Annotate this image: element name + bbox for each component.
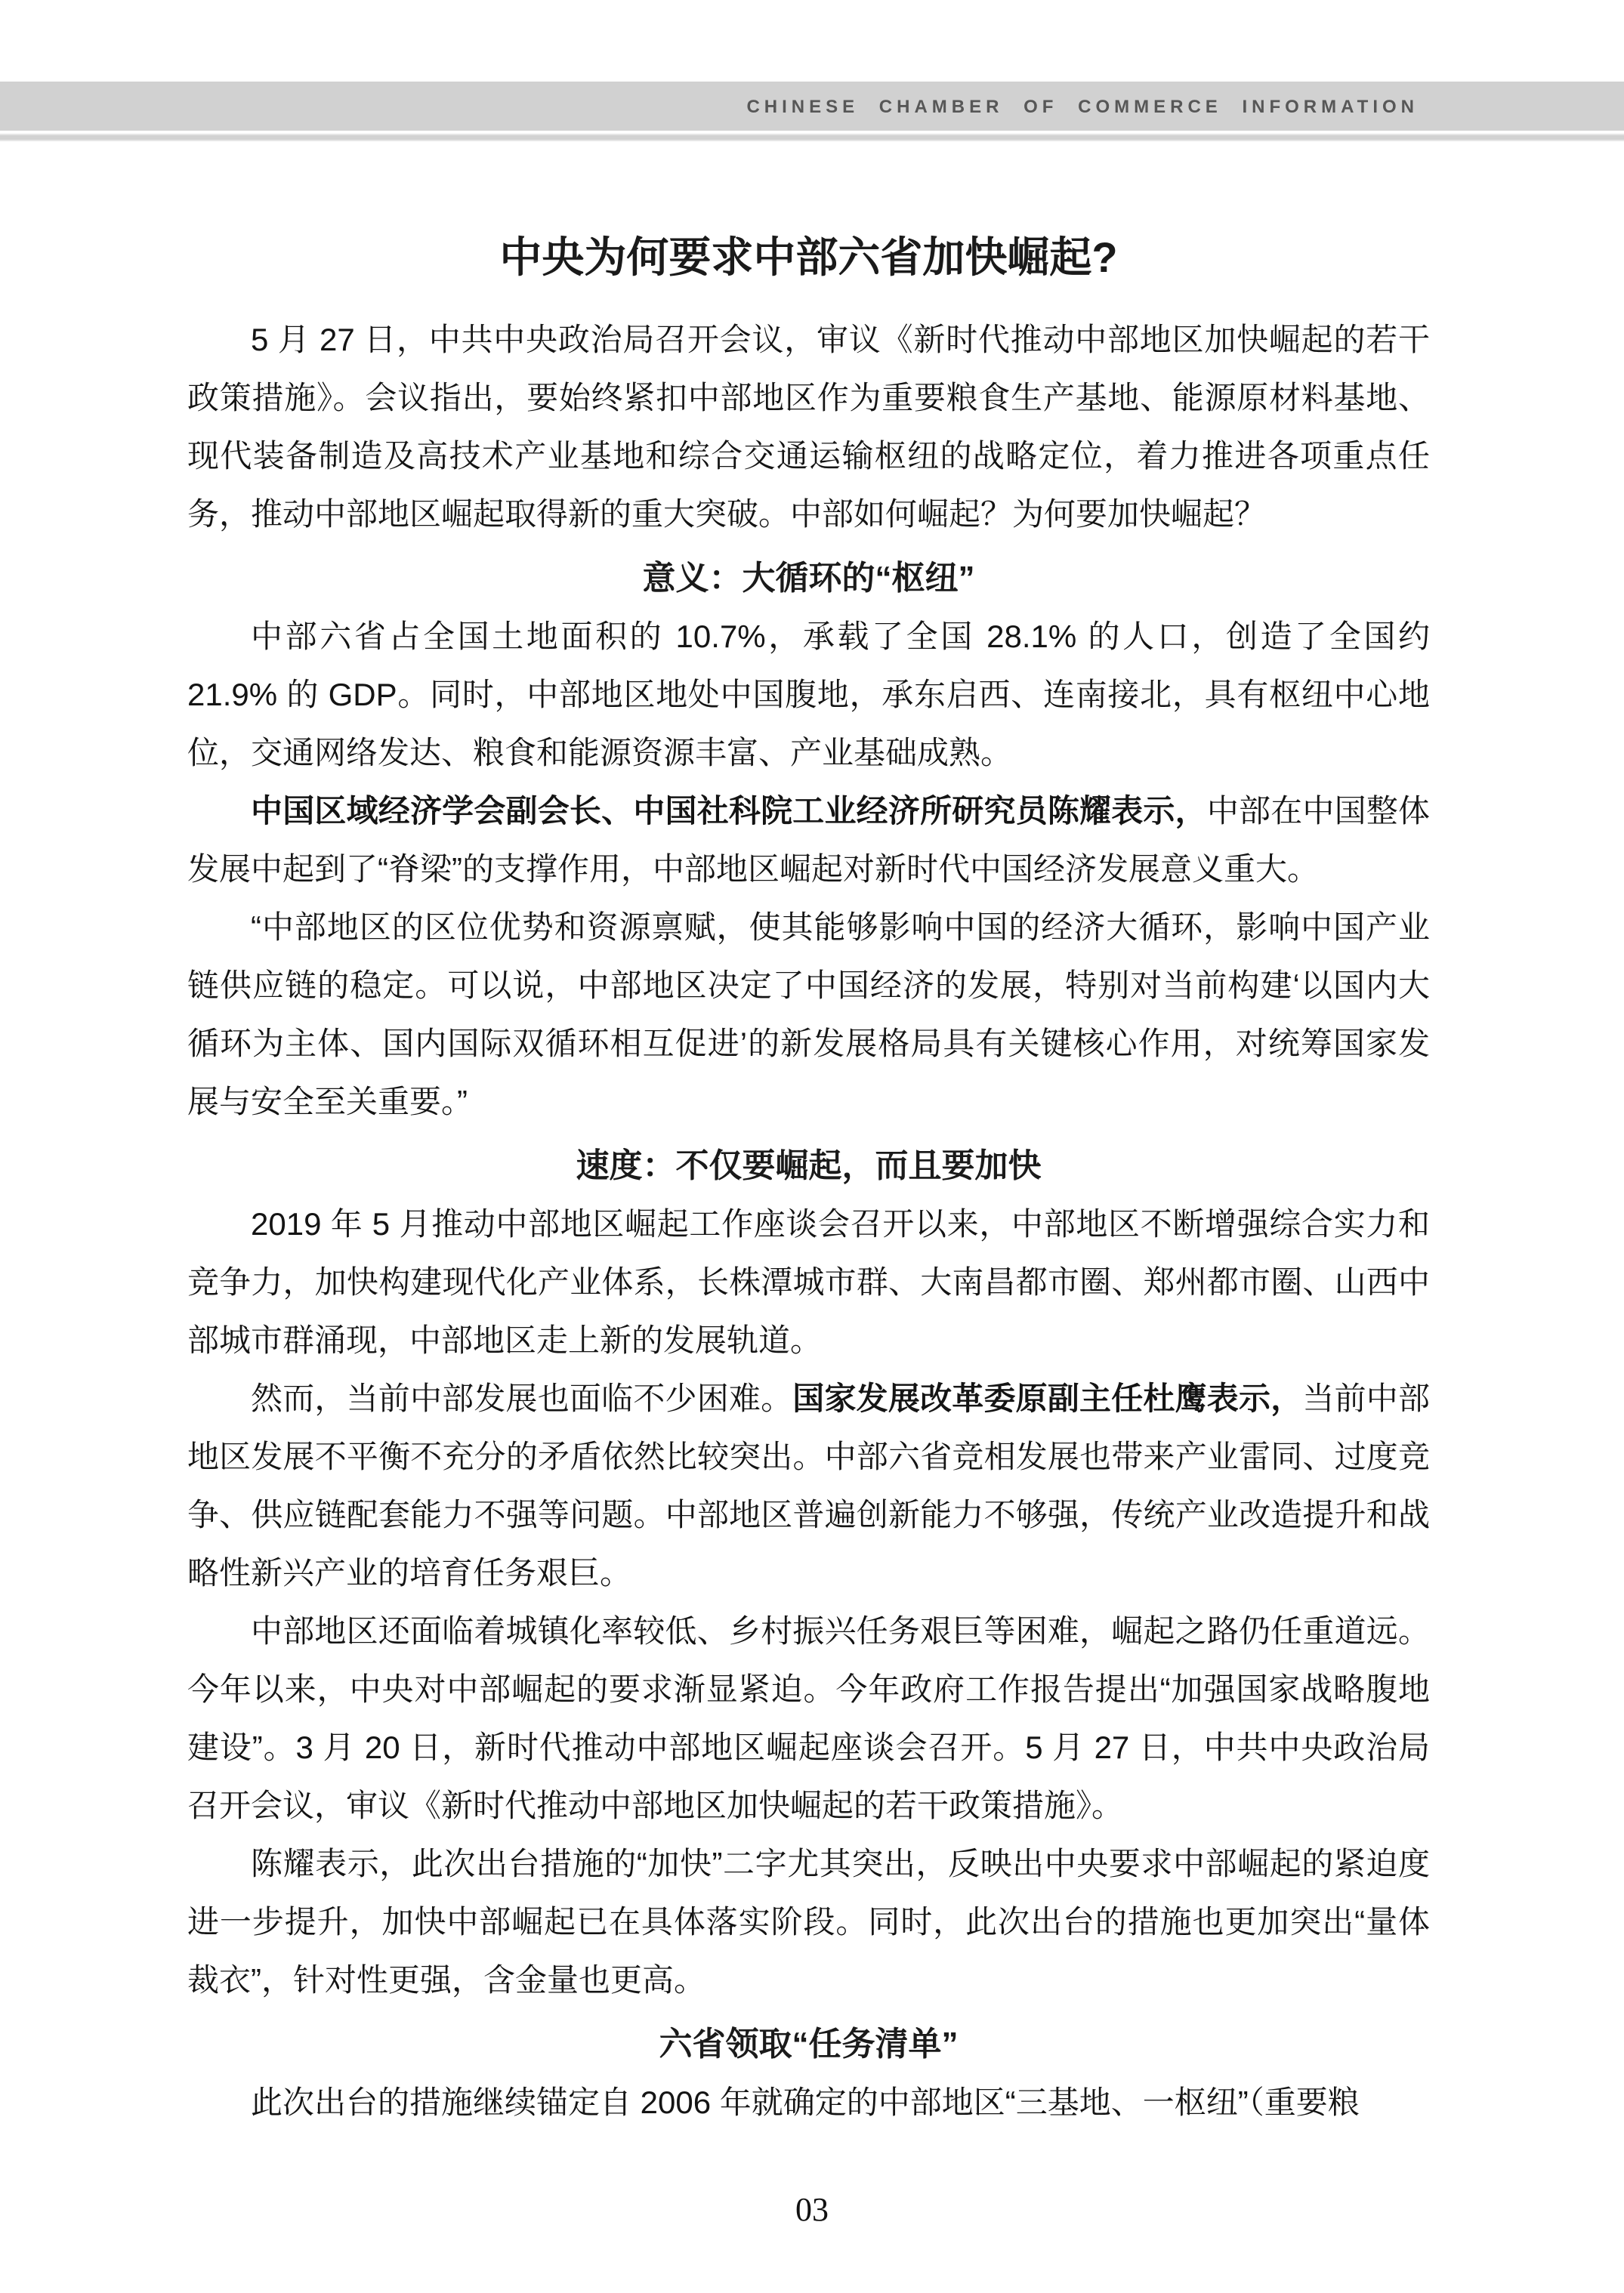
article-title: 中央为何要求中部六省加快崛起? [187,231,1430,284]
article-paragraph: 中部地区还面临着城镇化率较低、乡村振兴任务艰巨等困难，崛起之路仍任重道远。今年以… [187,1602,1430,1835]
article-paragraph: 5 月 27 日，中共中央政治局召开会议，审议《新时代推动中部地区加快崛起的若干… [187,310,1430,543]
paragraph-run: 5 月 27 日，中共中央政治局召开会议，审议《新时代推动中部地区加快崛起的若干… [187,322,1430,532]
article-paragraph: 中国区域经济学会副会长、中国社科院工业经济所研究员陈耀表示，中部在中国整体发展中… [187,782,1430,898]
paragraph-run: 然而，当前中部发展也面临不少困难。 [251,1381,792,1416]
bold-attribution-run: 国家发展改革委原副主任杜鹰表示， [792,1381,1302,1416]
page-number: 03 [0,2192,1624,2228]
article: 中央为何要求中部六省加快崛起? 5 月 27 日，中共中央政治局召开会议，审议《… [187,0,1430,2131]
bold-attribution-run: 中国区域经济学会副会长、中国社科院工业经济所研究员陈耀表示， [251,793,1207,829]
section-heading: 意义：大循环的“枢纽” [187,549,1430,607]
section-heading: 速度：不仅要崛起，而且要加快 [187,1137,1430,1195]
article-paragraph: 中部六省占全国土地面积的 10.7%，承载了全国 28.1% 的人口，创造了全国… [187,607,1430,782]
paragraph-run: 中部六省占全国土地面积的 10.7%，承载了全国 28.1% 的人口，创造了全国… [187,619,1430,770]
paragraph-run: 中部地区还面临着城镇化率较低、乡村振兴任务艰巨等困难，崛起之路仍任重道远。今年以… [187,1613,1430,1823]
paragraph-run: “中部地区的区位优势和资源禀赋，使其能够影响中国的经济大循环，影响中国产业链供应… [187,909,1430,1119]
paragraph-run: 2019 年 5 月推动中部地区崛起工作座谈会召开以来，中部地区不断增强综合实力… [187,1206,1430,1358]
article-paragraph: 陈耀表示，此次出台措施的“加快”二字尤其突出，反映出中央要求中部崛起的紧迫度进一… [187,1835,1430,2009]
document-page: CHINESE CHAMBER OF COMMERCE INFORMATION … [0,0,1624,2293]
article-paragraph: “中部地区的区位优势和资源禀赋，使其能够影响中国的经济大循环，影响中国产业链供应… [187,898,1430,1131]
section-heading: 六省领取“任务清单” [187,2015,1430,2073]
paragraph-run: 陈耀表示，此次出台措施的“加快”二字尤其突出，反映出中央要求中部崛起的紧迫度进一… [187,1846,1430,1998]
paragraph-run: 此次出台的措施继续锚定自 2006 年就确定的中部地区“三基地、一枢纽”（重要粮 [251,2085,1360,2120]
article-paragraph: 此次出台的措施继续锚定自 2006 年就确定的中部地区“三基地、一枢纽”（重要粮 [187,2073,1430,2131]
article-paragraph: 然而，当前中部发展也面临不少困难。国家发展改革委原副主任杜鹰表示，当前中部地区发… [187,1369,1430,1602]
article-body: 5 月 27 日，中共中央政治局召开会议，审议《新时代推动中部地区加快崛起的若干… [187,310,1430,2131]
article-paragraph: 2019 年 5 月推动中部地区崛起工作座谈会召开以来，中部地区不断增强综合实力… [187,1195,1430,1369]
